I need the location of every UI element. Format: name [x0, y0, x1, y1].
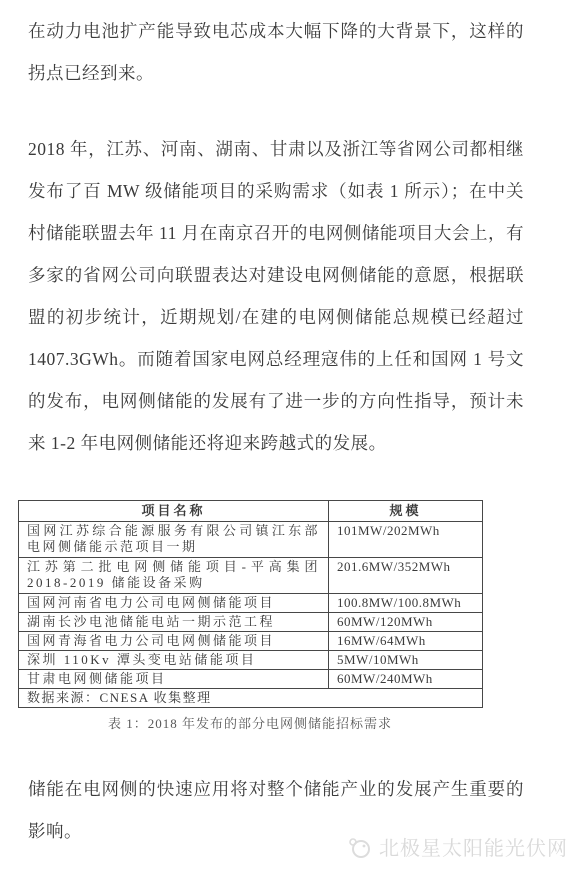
table-caption: 表 1：2018 年发布的部分电网侧储能招标需求 — [18, 713, 482, 732]
table-row: 深圳 110Kv 潭头变电站储能项目 5MW/10MWh — [19, 651, 483, 670]
column-header-scale: 规模 — [329, 501, 483, 522]
column-header-project-name: 项目名称 — [19, 501, 329, 522]
watermark: 北极星太阳能光伏网 — [347, 832, 568, 861]
table-row: 江苏第二批电网侧储能项目-平高集团 2018-2019 储能设备采购 201.6… — [19, 558, 483, 594]
document-body: 在动力电池扩产能导致电芯成本大幅下降的大背景下，这样的拐点已经到来。 2018 … — [0, 0, 584, 464]
project-name-cell: 国网江苏综合能源服务有限公司镇江东部电网侧储能示范项目一期 — [19, 522, 329, 558]
data-source-label: 数据来源：CNESA 收集整理 — [19, 689, 483, 708]
table-row: 国网河南省电力公司电网侧储能项目 100.8MW/100.8MWh — [19, 594, 483, 613]
project-name-cell: 江苏第二批电网侧储能项目-平高集团 2018-2019 储能设备采购 — [19, 558, 329, 594]
project-name-cell: 深圳 110Kv 潭头变电站储能项目 — [19, 651, 329, 670]
table-row: 湖南长沙电池储能电站一期示范工程 60MW/120MWh — [19, 613, 483, 632]
polaris-logo-icon — [347, 835, 373, 859]
project-name-cell: 甘肃电网侧储能项目 — [19, 670, 329, 689]
paragraph-main: 2018 年，江苏、河南、湖南、甘肃以及浙江等省网公司都相继发布了百 MW 级储… — [28, 128, 524, 464]
table-row: 甘肃电网侧储能项目 60MW/240MWh — [19, 670, 483, 689]
scale-cell: 100.8MW/100.8MWh — [329, 594, 483, 613]
project-name-cell: 湖南长沙电池储能电站一期示范工程 — [19, 613, 329, 632]
table-header-row: 项目名称 规模 — [19, 501, 483, 522]
project-name-cell: 国网青海省电力公司电网侧储能项目 — [19, 632, 329, 651]
table-source-row: 数据来源：CNESA 收集整理 — [19, 689, 483, 708]
bid-demand-table-wrap: 项目名称 规模 国网江苏综合能源服务有限公司镇江东部电网侧储能示范项目一期 10… — [18, 500, 482, 708]
scale-cell: 60MW/120MWh — [329, 613, 483, 632]
scale-cell: 101MW/202MWh — [329, 522, 483, 558]
bid-demand-table: 项目名称 规模 国网江苏综合能源服务有限公司镇江东部电网侧储能示范项目一期 10… — [18, 500, 483, 708]
scale-cell: 201.6MW/352MWh — [329, 558, 483, 594]
document-page: 在动力电池扩产能导致电芯成本大幅下降的大背景下，这样的拐点已经到来。 2018 … — [0, 0, 584, 869]
scale-cell: 60MW/240MWh — [329, 670, 483, 689]
watermark-text: 北极星太阳能光伏网 — [379, 832, 568, 861]
paragraph-intro: 在动力电池扩产能导致电芯成本大幅下降的大背景下，这样的拐点已经到来。 — [28, 10, 524, 94]
scale-cell: 16MW/64MWh — [329, 632, 483, 651]
table-row: 国网江苏综合能源服务有限公司镇江东部电网侧储能示范项目一期 101MW/202M… — [19, 522, 483, 558]
scale-cell: 5MW/10MWh — [329, 651, 483, 670]
table-row: 国网青海省电力公司电网侧储能项目 16MW/64MWh — [19, 632, 483, 651]
project-name-cell: 国网河南省电力公司电网侧储能项目 — [19, 594, 329, 613]
